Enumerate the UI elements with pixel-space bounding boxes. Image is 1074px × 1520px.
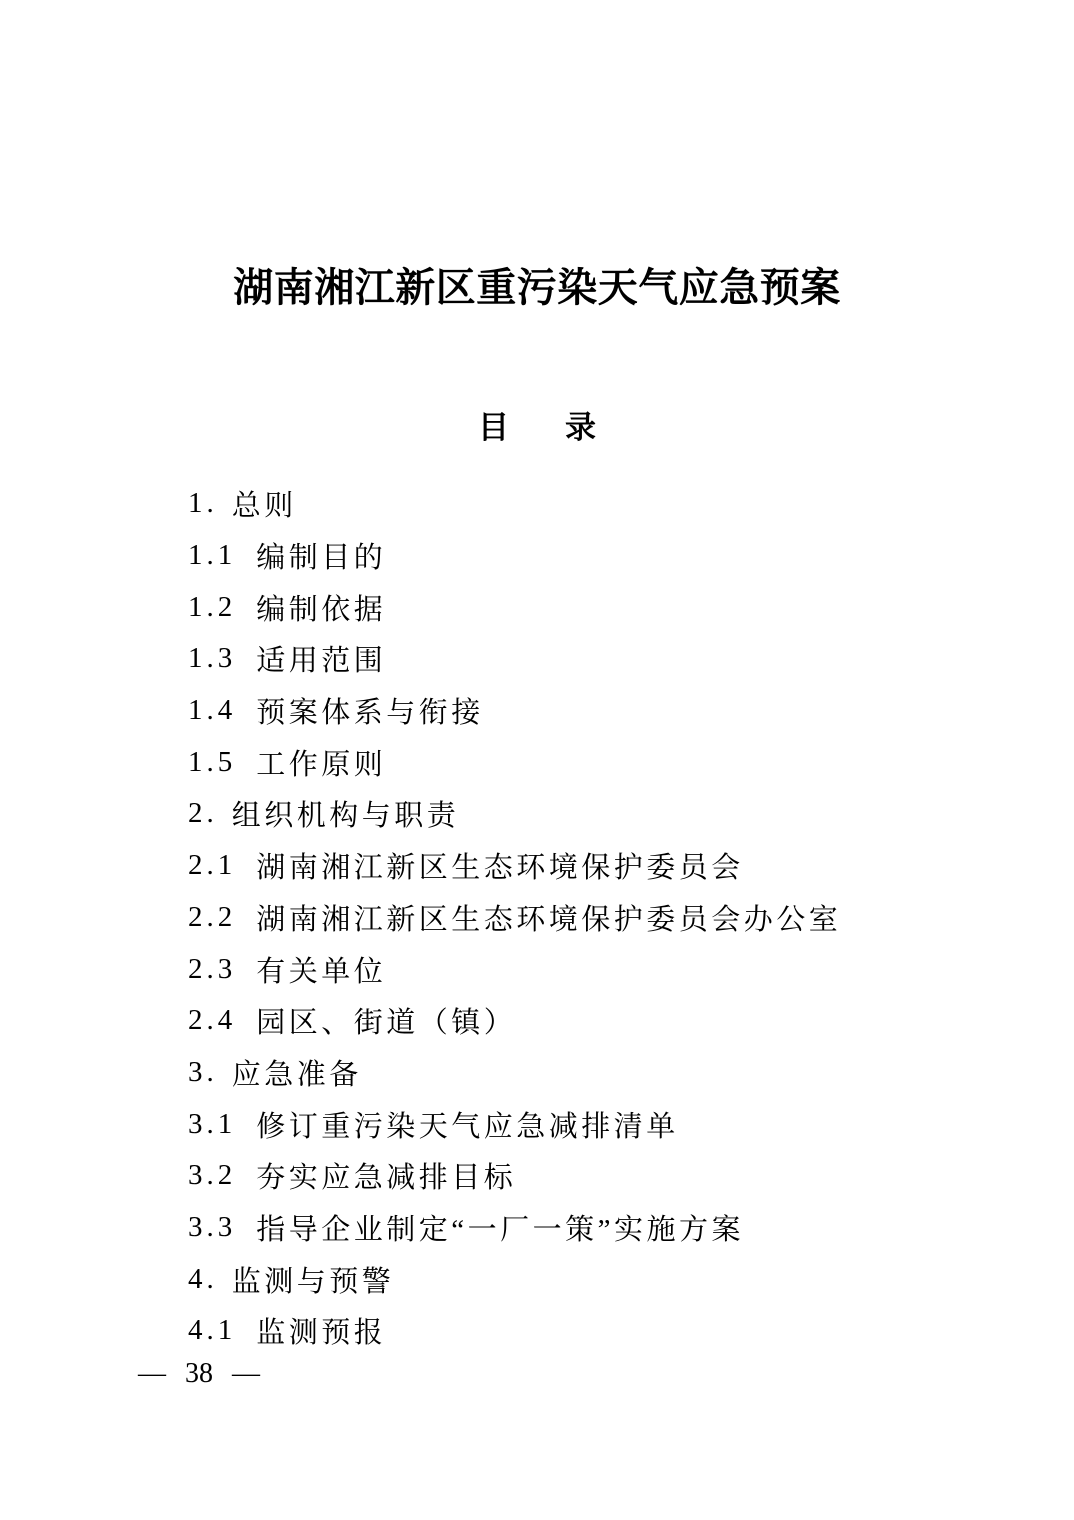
toc-heading-char-lu: 录: [565, 402, 596, 447]
toc-item-label: 修订重污染天气应急减排清单: [256, 1104, 679, 1145]
toc-item-number: 1.4: [188, 694, 236, 727]
toc-item-label: 监测与预警: [232, 1259, 395, 1300]
toc-item-number: 2.: [188, 797, 218, 830]
toc-item-label: 园区、街道（镇）: [256, 1000, 516, 1041]
toc-item-number: 1.1: [188, 539, 236, 572]
toc-item: 3.应急准备: [188, 1047, 928, 1099]
page-number: 38: [185, 1358, 213, 1390]
toc-item: 2.组织机构与职责: [188, 788, 928, 840]
toc-item-label: 夯实应急减排目标: [256, 1155, 516, 1196]
toc-list: 1.总则1.1编制目的1.2编制依据1.3适用范围1.4预案体系与衔接1.5工作…: [188, 478, 928, 1357]
toc-item-number: 1.2: [188, 591, 236, 624]
toc-item-label: 有关单位: [256, 949, 386, 990]
toc-item-label: 监测预报: [256, 1310, 386, 1351]
toc-item-label: 湖南湘江新区生态环境保护委员会办公室: [256, 897, 841, 938]
toc-item-label: 组织机构与职责: [232, 793, 460, 834]
toc-item-number: 2.2: [188, 901, 236, 934]
document-title: 湖南湘江新区重污染天气应急预案: [0, 256, 1074, 313]
toc-item: 2.3有关单位: [188, 943, 928, 995]
toc-item-number: 4.1: [188, 1314, 236, 1347]
toc-item-number: 2.1: [188, 849, 236, 882]
toc-item-number: 2.4: [188, 1004, 236, 1037]
toc-item: 1.3适用范围: [188, 633, 928, 685]
toc-item-number: 3.1: [188, 1108, 236, 1141]
toc-item-number: 3.: [188, 1056, 218, 1089]
toc-item-number: 4.: [188, 1263, 218, 1296]
toc-heading-char-mu: 目: [478, 402, 509, 447]
toc-item-number: 1.5: [188, 746, 236, 779]
toc-item-number: 1.3: [188, 642, 236, 675]
document-page: 湖南湘江新区重污染天气应急预案 目 录 1.总则1.1编制目的1.2编制依据1.…: [0, 0, 1074, 1520]
toc-item-label: 总则: [232, 483, 297, 524]
toc-heading: 目 录: [0, 402, 1074, 447]
toc-item: 2.1湖南湘江新区生态环境保护委员会: [188, 840, 928, 892]
footer-left-dash: —: [138, 1358, 166, 1390]
toc-item-number: 3.2: [188, 1159, 236, 1192]
toc-item-label: 适用范围: [256, 638, 386, 679]
toc-item: 2.2湖南湘江新区生态环境保护委员会办公室: [188, 892, 928, 944]
toc-item-label: 预案体系与衔接: [256, 690, 484, 731]
toc-item-number: 2.3: [188, 953, 236, 986]
footer-right-dash: —: [232, 1358, 260, 1390]
toc-item: 4.监测与预警: [188, 1253, 928, 1305]
page-footer: — 38 —: [138, 1358, 260, 1390]
toc-item-label: 编制依据: [256, 587, 386, 628]
toc-item-label: 湖南湘江新区生态环境保护委员会: [256, 845, 744, 886]
toc-item-label: 应急准备: [232, 1052, 362, 1093]
toc-item: 1.4预案体系与衔接: [188, 685, 928, 737]
toc-item-label: 编制目的: [256, 535, 386, 576]
toc-item: 3.2夯实应急减排目标: [188, 1150, 928, 1202]
toc-item-number: 1.: [188, 487, 218, 520]
toc-item: 4.1监测预报: [188, 1305, 928, 1357]
toc-item: 3.3指导企业制定“一厂一策”实施方案: [188, 1202, 928, 1254]
toc-item-label: 指导企业制定“一厂一策”实施方案: [256, 1207, 744, 1248]
toc-item: 1.5工作原则: [188, 736, 928, 788]
toc-item: 2.4园区、街道（镇）: [188, 995, 928, 1047]
toc-item: 1.2编制依据: [188, 581, 928, 633]
toc-item-number: 3.3: [188, 1211, 236, 1244]
toc-item: 1.1编制目的: [188, 530, 928, 582]
toc-item-label: 工作原则: [256, 742, 386, 783]
toc-item: 3.1修订重污染天气应急减排清单: [188, 1098, 928, 1150]
toc-item: 1.总则: [188, 478, 928, 530]
